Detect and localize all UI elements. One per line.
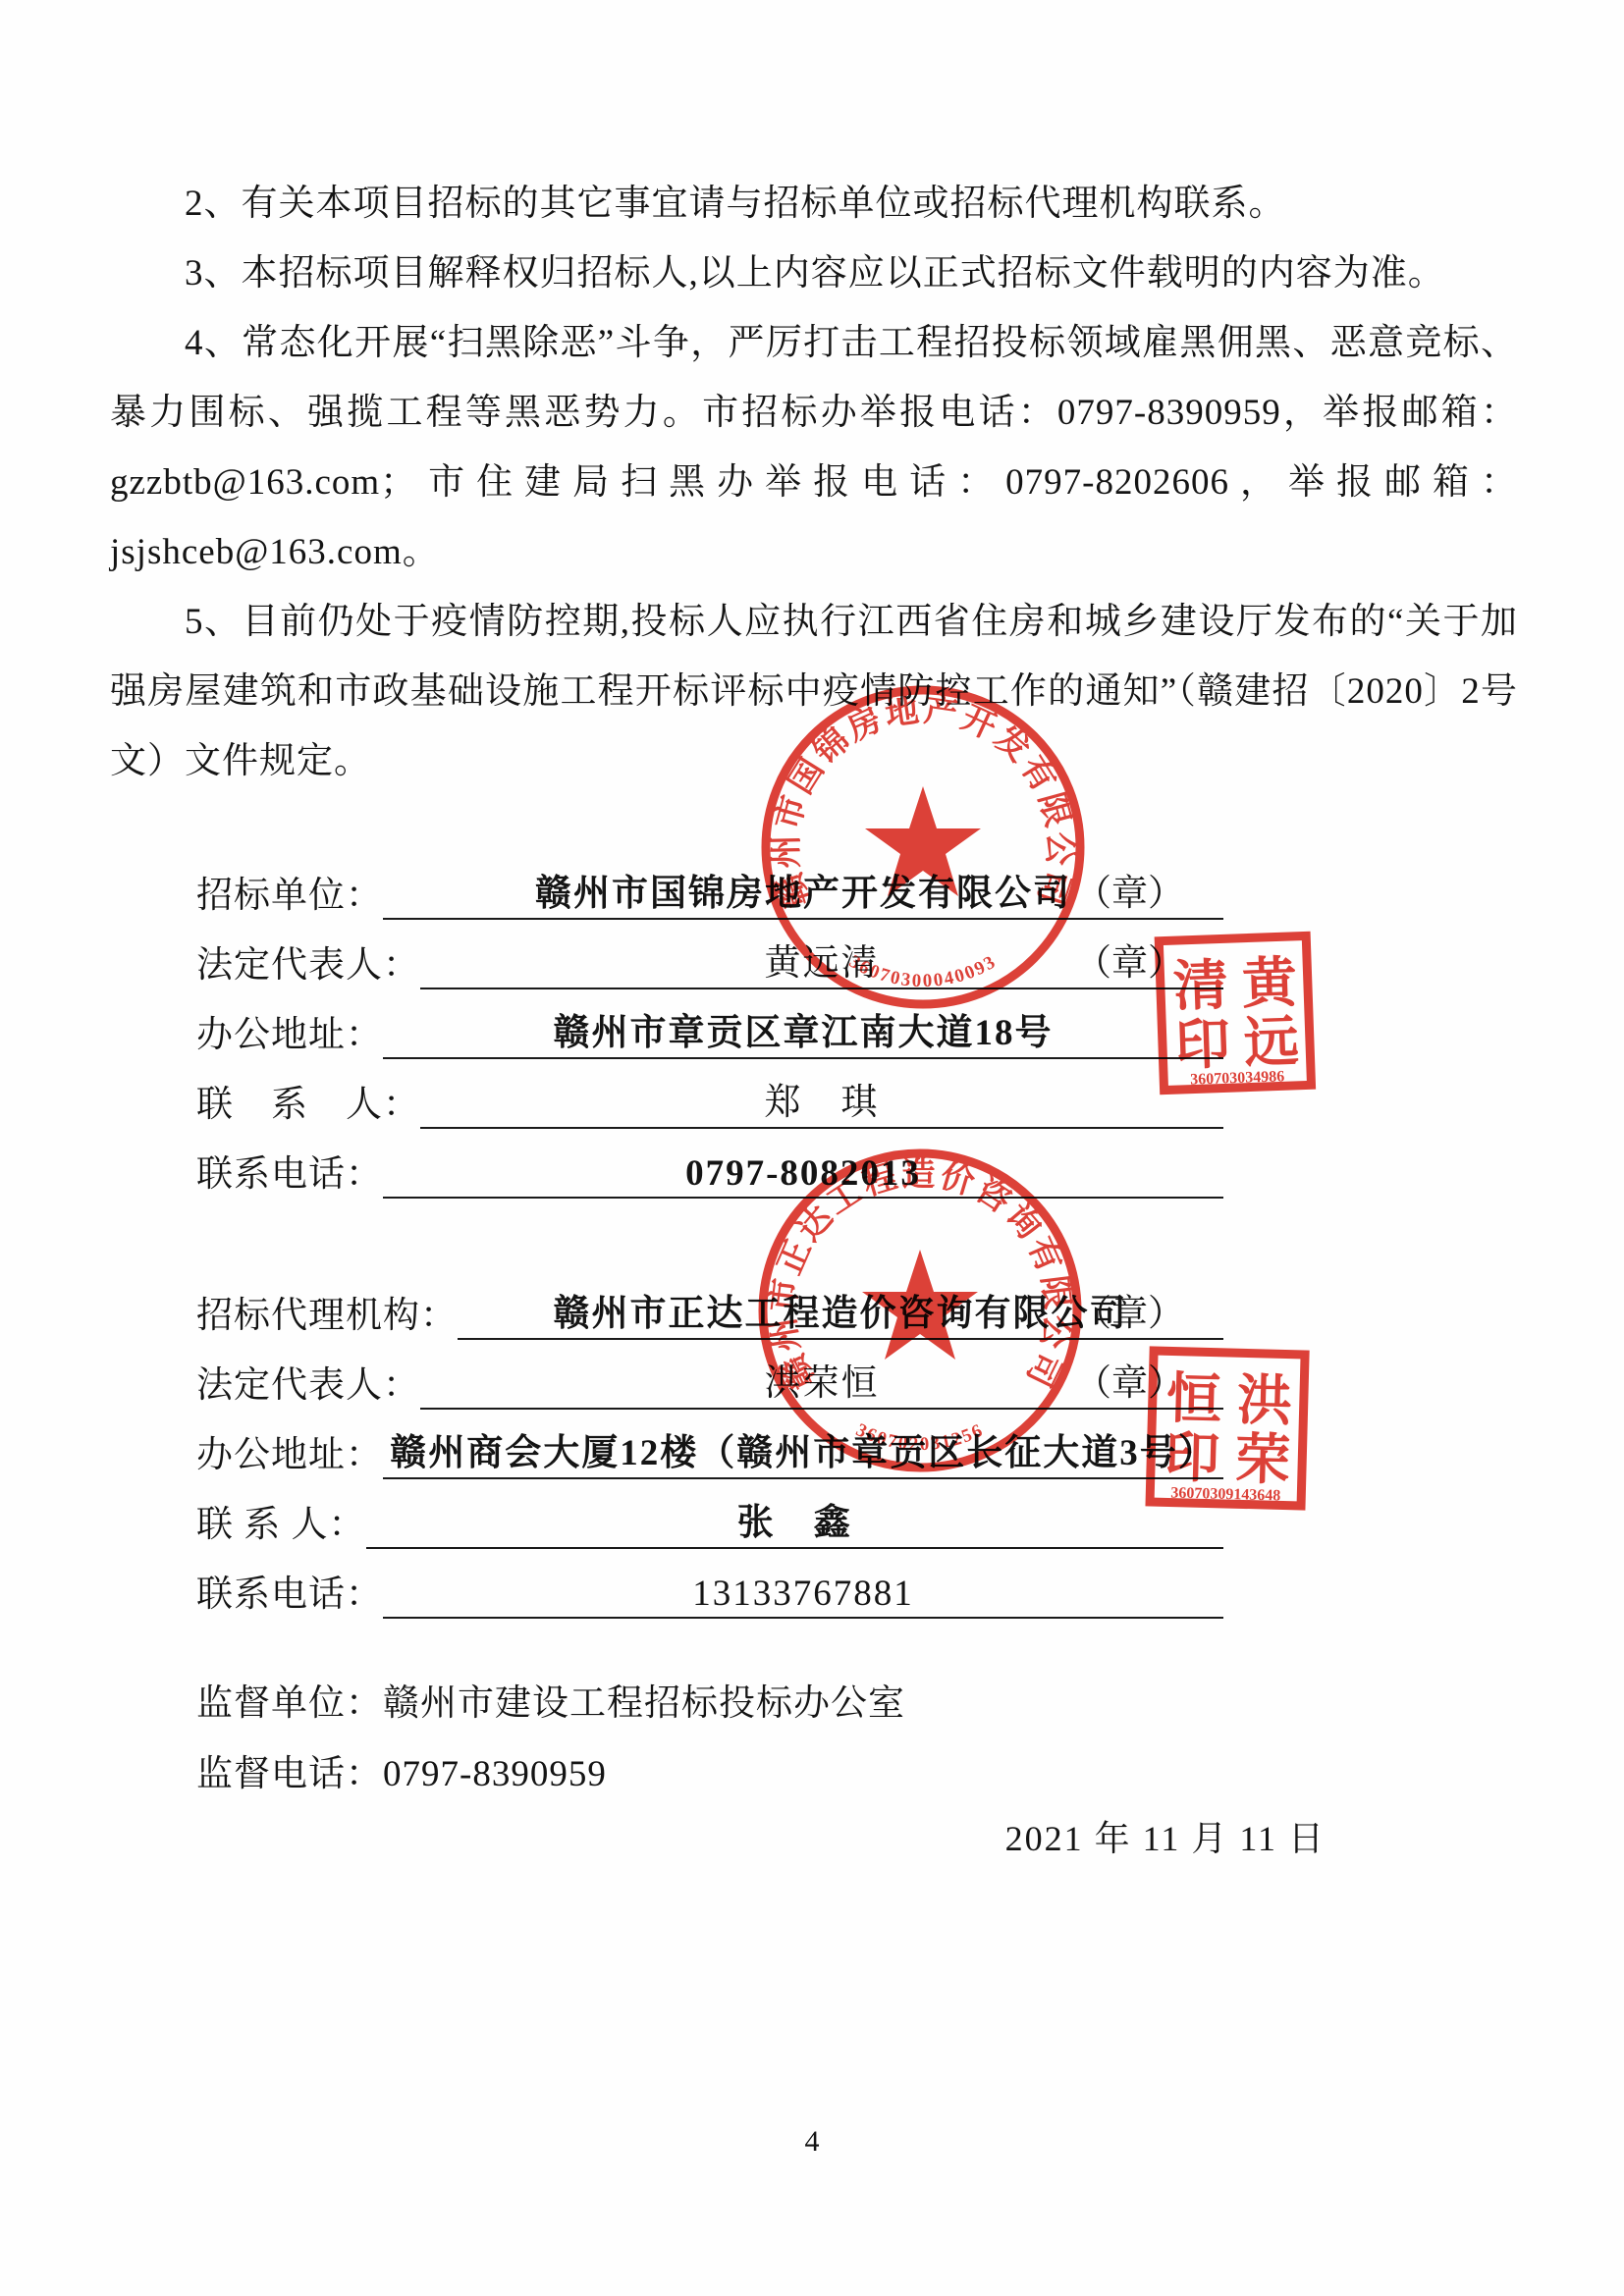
agency-name-line: 赣州市正达工程造价咨询有限公司 （章） xyxy=(458,1283,1223,1340)
tenderer-address-row: 办公地址： 赣州市章贡区章江南大道18号 xyxy=(196,989,1223,1059)
tenderer-address-value: 赣州市章贡区章江南大道18号 xyxy=(554,1013,1054,1053)
agency-representative-row: 法定代表人： 洪荣恒 （章） xyxy=(196,1340,1223,1410)
tenderer-contact-value: 郑 琪 xyxy=(765,1083,880,1123)
agency-name-seal-char-rb: 荣 xyxy=(1234,1429,1291,1491)
tenderer-address-label: 办公地址： xyxy=(196,1004,383,1059)
paragraph-2: 2、有关本项目招标的其它事宜请与招标单位或招标代理机构联系。 xyxy=(110,169,1518,239)
paragraph-5: 5、目前仍处于疫情防控期,投标人应执行江西省住房和城乡建设厅发布的“关于加强房屋… xyxy=(110,587,1518,796)
agency-name-seal-char-rt: 洪 xyxy=(1236,1370,1293,1432)
tenderer-representative-label: 法定代表人： xyxy=(196,934,420,989)
agency-representative-label: 法定代表人： xyxy=(196,1355,420,1410)
document-page: 2、有关本项目招标的其它事宜请与招标单位或招标代理机构联系。 3、本招标项目解释… xyxy=(0,0,1624,2296)
agency-name-value: 赣州市正达工程造价咨询有限公司 xyxy=(554,1294,1128,1334)
agency-phone-label: 联系电话： xyxy=(196,1564,383,1619)
tenderer-name-seal-char-rt: 黄 xyxy=(1241,953,1301,1016)
tenderer-phone-row: 联系电话： 0797-8082013 xyxy=(196,1129,1223,1199)
agency-address-label: 办公地址： xyxy=(196,1424,383,1479)
tenderer-phone-label: 联系电话： xyxy=(196,1144,383,1199)
agency-representative-line: 洪荣恒 （章） xyxy=(420,1353,1223,1410)
agency-phone-row: 联系电话： 13133767881 xyxy=(196,1549,1223,1619)
tenderer-contact-label: 联 系 人： xyxy=(196,1074,420,1129)
supervision-phone: 监督电话：0797-8390959 xyxy=(196,1739,905,1810)
tenderer-representative-row: 法定代表人： 黄远清 （章） xyxy=(196,920,1223,989)
supervision-unit: 监督单位：赣州市建设工程招标投标办公室 xyxy=(196,1669,905,1739)
tenderer-contact-row: 联 系 人： 郑 琪 xyxy=(196,1059,1223,1129)
tenderer-phone-value: 0797-8082013 xyxy=(685,1153,921,1194)
agency-representative-seal-mark: （章） xyxy=(1075,1353,1184,1406)
document-date: 2021 年 11 月 11 日 xyxy=(1005,1811,1326,1861)
tenderer-unit-line: 赣州市国锦房地产开发有限公司 （章） xyxy=(383,863,1223,920)
agency-name-row: 招标代理机构： 赣州市正达工程造价咨询有限公司 （章） xyxy=(196,1270,1223,1340)
agency-phone-value: 13133767881 xyxy=(692,1574,914,1614)
agency-name-label: 招标代理机构： xyxy=(196,1285,458,1340)
tenderer-form: 招标单位： 赣州市国锦房地产开发有限公司 （章） 法定代表人： 黄远清 （章） … xyxy=(196,850,1223,1199)
agency-contact-row: 联 系 人： 张 鑫 xyxy=(196,1479,1223,1549)
tenderer-unit-seal-mark: （章） xyxy=(1075,863,1184,916)
tenderer-representative-value: 黄远清 xyxy=(765,943,880,984)
tenderer-phone-line: 0797-8082013 xyxy=(383,1152,1223,1199)
agency-form: 招标代理机构： 赣州市正达工程造价咨询有限公司 （章） 法定代表人： 洪荣恒 （… xyxy=(196,1270,1223,1619)
paragraph-4: 4、常态化开展“扫黑除恶”斗争，严厉打击工程招投标领域雇黑佣黑、恶意竞标、暴力围… xyxy=(110,308,1518,587)
tenderer-name-seal-char-rb: 远 xyxy=(1243,1012,1300,1075)
supervision-block: 监督单位：赣州市建设工程招标投标办公室 监督电话：0797-8390959 xyxy=(196,1669,905,1810)
agency-address-line: 赣州商会大厦12楼（赣州市章贡区长征大道3号） xyxy=(383,1422,1223,1479)
tenderer-unit-label: 招标单位： xyxy=(196,865,383,920)
notice-paragraphs: 2、有关本项目招标的其它事宜请与招标单位或招标代理机构联系。 3、本招标项目解释… xyxy=(110,169,1518,796)
agency-phone-line: 13133767881 xyxy=(383,1573,1223,1619)
agency-contact-value: 张 鑫 xyxy=(737,1503,852,1543)
tenderer-unit-value: 赣州市国锦房地产开发有限公司 xyxy=(535,874,1071,914)
agency-name-seal-mark: （章） xyxy=(1075,1283,1184,1336)
tenderer-unit-row: 招标单位： 赣州市国锦房地产开发有限公司 （章） xyxy=(196,850,1223,920)
agency-contact-label: 联 系 人： xyxy=(196,1494,366,1549)
agency-contact-line: 张 鑫 xyxy=(366,1492,1224,1549)
page-number: 4 xyxy=(0,2125,1624,2159)
agency-address-row: 办公地址： 赣州商会大厦12楼（赣州市章贡区长征大道3号） xyxy=(196,1410,1223,1479)
agency-address-value: 赣州商会大厦12楼（赣州市章贡区长征大道3号） xyxy=(390,1433,1217,1473)
paragraph-3: 3、本招标项目解释权归招标人,以上内容应以正式招标文件载明的内容为准。 xyxy=(110,239,1518,308)
tenderer-representative-line: 黄远清 （章） xyxy=(420,933,1223,989)
tenderer-contact-line: 郑 琪 xyxy=(420,1072,1223,1129)
tenderer-representative-seal-mark: （章） xyxy=(1075,933,1184,986)
agency-representative-value: 洪荣恒 xyxy=(765,1363,880,1404)
tenderer-address-line: 赣州市章贡区章江南大道18号 xyxy=(383,1002,1223,1059)
